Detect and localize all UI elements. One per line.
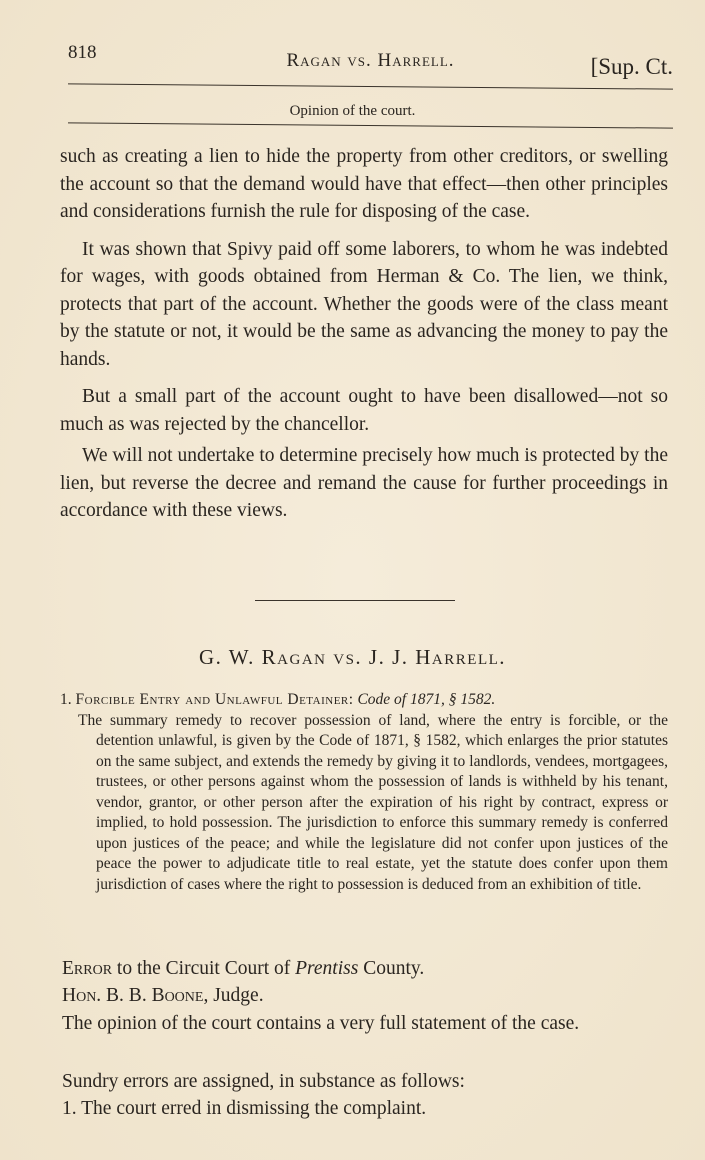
book-page: 818 Ragan vs. Harrell. [Sup. Ct. Opinion… [0, 0, 705, 1160]
header-rule-bottom [68, 122, 673, 128]
error-item: 1. The court erred in dismissing the com… [62, 1095, 672, 1122]
case-title: G. W. Ragan vs. J. J. Harrell. [0, 645, 705, 670]
syllabus-text: The summary remedy to recover possession… [60, 711, 668, 896]
case-details: Error to the Circuit Court of Prentiss C… [62, 955, 672, 1009]
page-header: 818 Ragan vs. Harrell. [Sup. Ct. [68, 42, 673, 82]
header-rule-top [68, 83, 673, 89]
syllabus-citation: Code of 1871, § 1582. [357, 691, 495, 708]
running-head: Ragan vs. Harrell. [68, 50, 673, 72]
opinion-paragraph: such as creating a lien to hide the prop… [60, 143, 668, 226]
section-subheading: Opinion of the court. [0, 103, 705, 120]
syllabus: 1. Forcible Entry and Unlawful Detainer:… [60, 690, 668, 895]
syllabus-number: 1. [60, 691, 72, 708]
statement: The opinion of the court contains a very… [40, 1010, 650, 1037]
opinion-paragraph: We will not undertake to determine preci… [60, 442, 668, 525]
errors-section: Sundry errors are assigned, in substance… [62, 1068, 672, 1122]
opinion-paragraph: But a small part of the account ought to… [60, 383, 668, 438]
opinion-text: such as creating a lien to hide the prop… [60, 143, 668, 525]
section-divider [255, 600, 455, 601]
errors-intro: Sundry errors are assigned, in substance… [62, 1068, 672, 1095]
error-line: Error to the Circuit Court of Prentiss C… [62, 955, 672, 982]
syllabus-heading: Forcible Entry and Unlawful Detainer: [76, 691, 354, 708]
county-name: Prentiss [295, 958, 358, 979]
judge-line: Hon. B. B. Boone, Judge. [62, 982, 672, 1009]
court-label: [Sup. Ct. [591, 54, 673, 80]
opinion-paragraph: It was shown that Spivy paid off some la… [60, 236, 668, 374]
